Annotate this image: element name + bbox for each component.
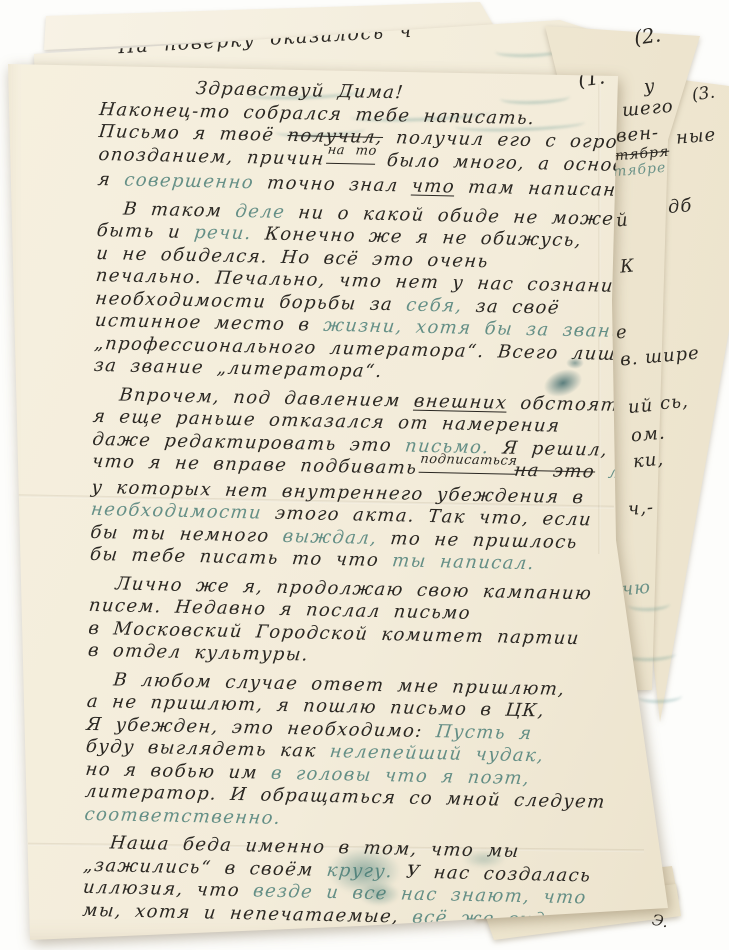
- edge-text-fragment: ий: [627, 395, 654, 418]
- stacked-letter-pages-photo: На поверку оказалось ч (2. (3. ушеговен-…: [0, 0, 729, 950]
- page-number-2: (2.: [632, 22, 662, 50]
- edge-text-fragment: й: [615, 209, 629, 231]
- bottom-ink-mark: Э.: [651, 911, 670, 932]
- edge-text-fragment: е: [615, 322, 628, 344]
- edge-text-fragment: ч,-: [627, 497, 655, 520]
- edge-text-fragment: чю: [621, 577, 652, 600]
- page-edge-fragments: (2. (3. ушеговен-тябрятябрейКев. ширеийо…: [0, 0, 729, 950]
- edge-text-fragment: ки,: [632, 449, 665, 473]
- edge-text-fragment: дб: [667, 195, 693, 218]
- page-number-3: (3.: [691, 83, 716, 106]
- edge-text-fragment: ом.: [630, 423, 666, 447]
- edge-text-fragment: тябре: [612, 160, 667, 181]
- edge-text-fragment: сь,: [659, 391, 689, 414]
- edge-text-fragment: шего: [621, 96, 674, 121]
- edge-text-fragment: в. шире: [619, 343, 700, 371]
- edge-text-fragment: вен-: [615, 122, 660, 147]
- edge-text-fragment: ные: [675, 124, 717, 148]
- edge-text-fragment: у: [643, 76, 656, 98]
- ink-bleed-mark: [638, 689, 682, 704]
- ink-bleed-mark: [628, 597, 670, 611]
- ink-bleed-mark: [626, 647, 676, 662]
- edge-text-fragment: К: [619, 255, 636, 277]
